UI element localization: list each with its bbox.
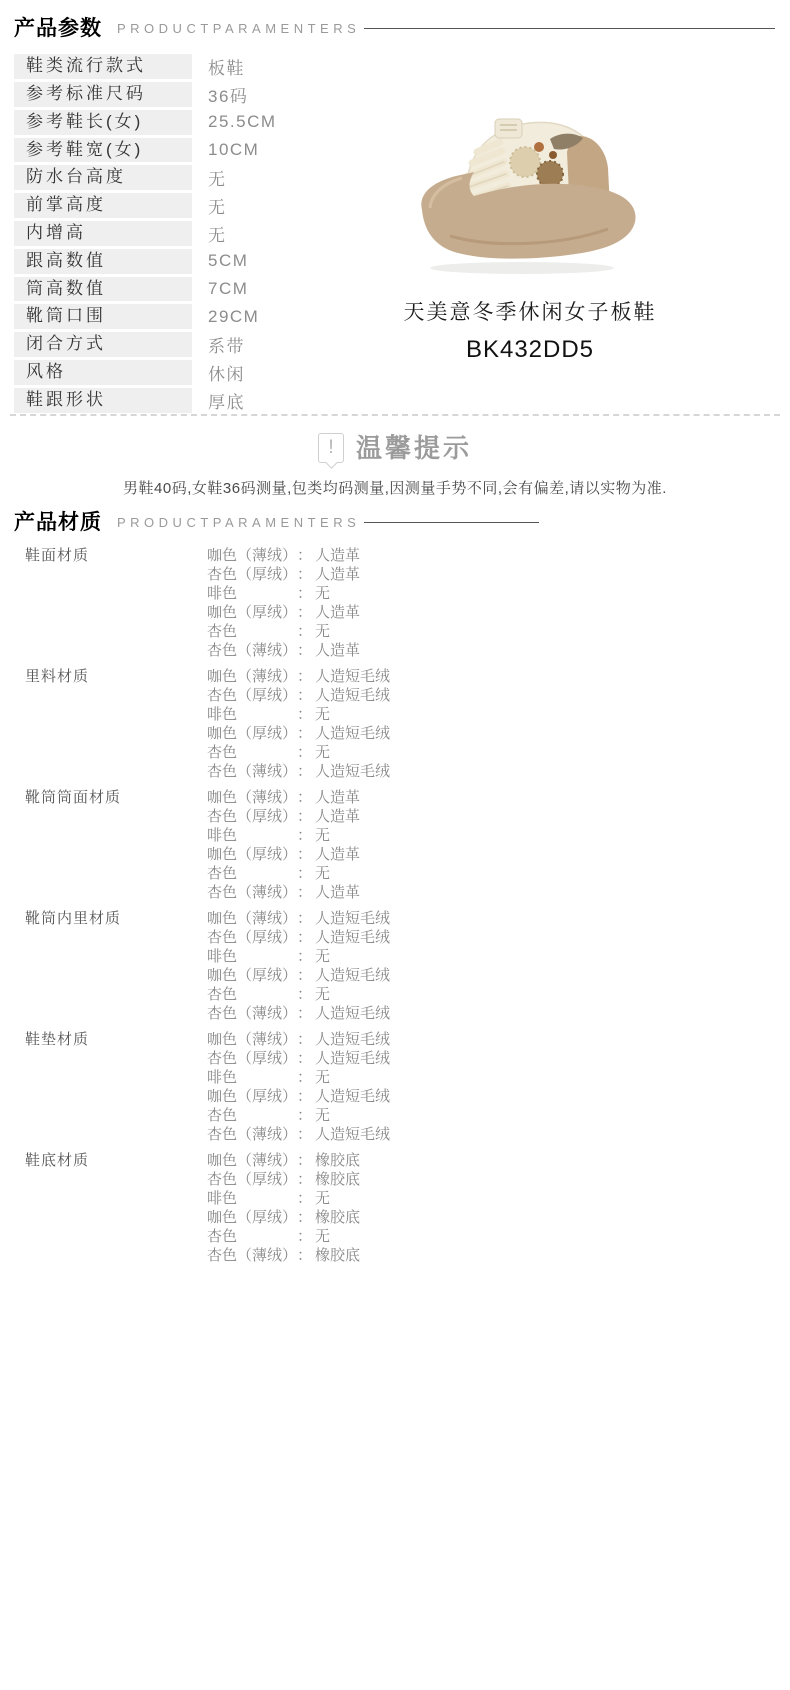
material-line: 咖色（厚绒）：人造短毛绒 xyxy=(207,724,390,743)
material-block: 鞋垫材质 咖色（薄绒）：人造短毛绒 杏色（厚绒）：人造短毛绒 啡色：无 咖色（厚… xyxy=(25,1030,790,1144)
material-value: 无 xyxy=(315,744,330,761)
material-value: 人造短毛绒 xyxy=(315,1031,390,1048)
material-separator: ： xyxy=(297,1050,312,1067)
material-separator: ： xyxy=(297,1171,312,1188)
section-title: 产品参数 xyxy=(14,12,102,42)
material-line: 杏色：无 xyxy=(207,985,390,1004)
product-materials-header: 产品材质 PRODUCTPARAMENTERS xyxy=(0,498,790,540)
material-separator: ： xyxy=(297,865,312,882)
param-label: 鞋类流行款式 xyxy=(14,54,192,79)
material-separator: ： xyxy=(297,1031,312,1048)
param-label: 风格 xyxy=(14,360,192,385)
material-separator: ： xyxy=(297,1069,312,1086)
param-row: 鞋跟形状 厚底 xyxy=(14,388,790,413)
param-value: 29CM xyxy=(192,307,259,327)
material-color-name: 咖色（厚绒） xyxy=(207,603,297,622)
section-title: 产品材质 xyxy=(14,506,102,536)
material-line: 杏色（厚绒）：橡胶底 xyxy=(207,1170,360,1189)
material-value: 人造短毛绒 xyxy=(315,687,390,704)
param-label: 跟高数值 xyxy=(14,249,192,274)
material-color-name: 杏色 xyxy=(207,622,297,641)
material-value: 人造革 xyxy=(315,884,360,901)
material-separator: ： xyxy=(297,1247,312,1264)
material-separator: ： xyxy=(297,725,312,742)
material-lines: 咖色（薄绒）：人造革 杏色（厚绒）：人造革 啡色：无 咖色（厚绒）：人造革 杏色… xyxy=(207,546,360,660)
material-color-name: 啡色 xyxy=(207,1189,297,1208)
material-value: 人造短毛绒 xyxy=(315,929,390,946)
material-value: 人造短毛绒 xyxy=(315,1088,390,1105)
tip-header: ! 温馨提示 xyxy=(0,428,790,465)
param-label: 参考鞋长(女) xyxy=(14,110,192,135)
material-value: 人造短毛绒 xyxy=(315,1005,390,1022)
material-line: 杏色（厚绒）：人造革 xyxy=(207,565,360,584)
material-line: 咖色（薄绒）：人造短毛绒 xyxy=(207,667,390,686)
material-color-name: 咖色（薄绒） xyxy=(207,546,297,565)
material-value: 橡胶底 xyxy=(315,1152,360,1169)
material-separator: ： xyxy=(297,808,312,825)
material-color-name: 杏色（厚绒） xyxy=(207,686,297,705)
material-color-name: 啡色 xyxy=(207,1068,297,1087)
exclamation-mark: ! xyxy=(319,434,343,462)
material-value: 无 xyxy=(315,827,330,844)
material-label: 鞋垫材质 xyxy=(25,1030,207,1144)
material-line: 啡色：无 xyxy=(207,826,360,845)
material-value: 无 xyxy=(315,986,330,1003)
material-separator: ： xyxy=(297,642,312,659)
material-line: 咖色（厚绒）：人造革 xyxy=(207,845,360,864)
material-line: 杏色（厚绒）：人造短毛绒 xyxy=(207,686,390,705)
param-value: 板鞋 xyxy=(192,54,245,79)
material-color-name: 杏色（薄绒） xyxy=(207,1246,297,1265)
material-separator: ： xyxy=(297,687,312,704)
material-value: 无 xyxy=(315,706,330,723)
material-label: 靴筒筒面材质 xyxy=(25,788,207,902)
param-label: 参考鞋宽(女) xyxy=(14,138,192,163)
material-value: 无 xyxy=(315,1107,330,1124)
material-color-name: 咖色（厚绒） xyxy=(207,1087,297,1106)
tip-title: 温馨提示 xyxy=(356,428,472,465)
material-separator: ： xyxy=(297,566,312,583)
tip-text: 男鞋40码,女鞋36码测量,包类均码测量,因测量手势不同,会有偏差,请以实物为准… xyxy=(0,477,790,498)
parameters-section: 鞋类流行款式 板鞋 参考标准尺码 36码 参考鞋长(女) 25.5CM 参考鞋宽… xyxy=(0,54,790,414)
material-separator: ： xyxy=(297,986,312,1003)
material-block: 里料材质 咖色（薄绒）：人造短毛绒 杏色（厚绒）：人造短毛绒 啡色：无 咖色（厚… xyxy=(25,667,790,781)
product-model-code: BK432DD5 xyxy=(330,336,730,364)
material-line: 杏色：无 xyxy=(207,864,360,883)
material-value: 人造革 xyxy=(315,604,360,621)
material-value: 人造革 xyxy=(315,566,360,583)
material-separator: ： xyxy=(297,1190,312,1207)
material-line: 杏色（薄绒）：人造短毛绒 xyxy=(207,1004,390,1023)
material-value: 无 xyxy=(315,623,330,640)
material-separator: ： xyxy=(297,1107,312,1124)
material-lines: 咖色（薄绒）：人造短毛绒 杏色（厚绒）：人造短毛绒 啡色：无 咖色（厚绒）：人造… xyxy=(207,1030,390,1144)
param-value: 厚底 xyxy=(192,388,245,413)
material-block: 靴筒内里材质 咖色（薄绒）：人造短毛绒 杏色（厚绒）：人造短毛绒 啡色：无 咖色… xyxy=(25,909,790,1023)
param-value: 无 xyxy=(192,165,227,190)
material-value: 人造革 xyxy=(315,846,360,863)
material-separator: ： xyxy=(297,763,312,780)
material-color-name: 咖色（薄绒） xyxy=(207,667,297,686)
material-value: 橡胶底 xyxy=(315,1247,360,1264)
material-separator: ： xyxy=(297,1228,312,1245)
material-block: 鞋底材质 咖色（薄绒）：橡胶底 杏色（厚绒）：橡胶底 啡色：无 咖色（厚绒）：橡… xyxy=(25,1151,790,1265)
material-color-name: 杏色（薄绒） xyxy=(207,1004,297,1023)
material-color-name: 啡色 xyxy=(207,947,297,966)
material-separator: ： xyxy=(297,1209,312,1226)
material-color-name: 咖色（薄绒） xyxy=(207,1030,297,1049)
header-rule xyxy=(364,522,539,523)
material-value: 无 xyxy=(315,948,330,965)
material-value: 人造短毛绒 xyxy=(315,668,390,685)
material-color-name: 杏色（薄绒） xyxy=(207,1125,297,1144)
material-color-name: 杏色（厚绒） xyxy=(207,928,297,947)
material-color-name: 杏色 xyxy=(207,864,297,883)
material-block: 鞋面材质 咖色（薄绒）：人造革 杏色（厚绒）：人造革 啡色：无 咖色（厚绒）：人… xyxy=(25,546,790,660)
material-line: 咖色（厚绒）：橡胶底 xyxy=(207,1208,360,1227)
material-value: 橡胶底 xyxy=(315,1209,360,1226)
param-label: 参考标准尺码 xyxy=(14,82,192,107)
material-line: 杏色（薄绒）：人造革 xyxy=(207,641,360,660)
product-showcase: 天美意冬季休闲女子板鞋 BK432DD5 xyxy=(330,54,730,364)
material-lines: 咖色（薄绒）：人造短毛绒 杏色（厚绒）：人造短毛绒 啡色：无 咖色（厚绒）：人造… xyxy=(207,909,390,1023)
material-line: 杏色（薄绒）：人造短毛绒 xyxy=(207,1125,390,1144)
material-color-name: 杏色（厚绒） xyxy=(207,1049,297,1068)
material-color-name: 杏色（薄绒） xyxy=(207,883,297,902)
material-value: 人造革 xyxy=(315,642,360,659)
material-color-name: 啡色 xyxy=(207,826,297,845)
material-value: 无 xyxy=(315,1228,330,1245)
material-line: 杏色（厚绒）：人造短毛绒 xyxy=(207,928,390,947)
material-line: 咖色（厚绒）：人造革 xyxy=(207,603,360,622)
material-value: 人造革 xyxy=(315,808,360,825)
section-subtitle: PRODUCTPARAMENTERS xyxy=(117,515,360,530)
material-separator: ： xyxy=(297,1152,312,1169)
param-label: 闭合方式 xyxy=(14,332,192,357)
material-separator: ： xyxy=(297,585,312,602)
param-label: 防水台高度 xyxy=(14,165,192,190)
param-value: 25.5CM xyxy=(192,112,277,132)
material-color-name: 咖色（厚绒） xyxy=(207,966,297,985)
material-value: 无 xyxy=(315,585,330,602)
material-line: 咖色（厚绒）：人造短毛绒 xyxy=(207,1087,390,1106)
exclamation-bubble-icon: ! xyxy=(318,433,344,463)
param-label: 靴筒口围 xyxy=(14,304,192,329)
material-line: 啡色：无 xyxy=(207,584,360,603)
material-separator: ： xyxy=(297,910,312,927)
product-shoe-image xyxy=(410,110,650,280)
material-lines: 咖色（薄绒）：人造革 杏色（厚绒）：人造革 啡色：无 咖色（厚绒）：人造革 杏色… xyxy=(207,788,360,902)
material-line: 咖色（厚绒）：人造短毛绒 xyxy=(207,966,390,985)
material-separator: ： xyxy=(297,827,312,844)
material-color-name: 啡色 xyxy=(207,584,297,603)
material-separator: ： xyxy=(297,547,312,564)
material-line: 啡色：无 xyxy=(207,705,390,724)
material-value: 人造短毛绒 xyxy=(315,910,390,927)
material-line: 咖色（薄绒）：人造革 xyxy=(207,546,360,565)
material-color-name: 杏色（厚绒） xyxy=(207,1170,297,1189)
material-color-name: 咖色（薄绒） xyxy=(207,1151,297,1170)
material-separator: ： xyxy=(297,706,312,723)
material-color-name: 啡色 xyxy=(207,705,297,724)
material-value: 无 xyxy=(315,1069,330,1086)
material-line: 啡色：无 xyxy=(207,947,390,966)
material-value: 无 xyxy=(315,1190,330,1207)
material-line: 杏色：无 xyxy=(207,622,360,641)
material-value: 人造革 xyxy=(315,547,360,564)
material-color-name: 咖色（厚绒） xyxy=(207,1208,297,1227)
material-value: 人造短毛绒 xyxy=(315,725,390,742)
param-label: 前掌高度 xyxy=(14,193,192,218)
material-line: 咖色（薄绒）：人造革 xyxy=(207,788,360,807)
param-value: 5CM xyxy=(192,251,248,271)
material-line: 杏色：无 xyxy=(207,1106,390,1125)
material-value: 无 xyxy=(315,865,330,882)
material-line: 杏色：无 xyxy=(207,1227,360,1246)
material-color-name: 杏色（薄绒） xyxy=(207,762,297,781)
material-color-name: 杏色 xyxy=(207,985,297,1004)
material-value: 人造革 xyxy=(315,789,360,806)
material-color-name: 杏色 xyxy=(207,743,297,762)
material-lines: 咖色（薄绒）：人造短毛绒 杏色（厚绒）：人造短毛绒 啡色：无 咖色（厚绒）：人造… xyxy=(207,667,390,781)
material-line: 杏色：无 xyxy=(207,743,390,762)
param-value: 系带 xyxy=(192,332,245,357)
material-color-name: 杏色（厚绒） xyxy=(207,807,297,826)
tip-section: ! 温馨提示 男鞋40码,女鞋36码测量,包类均码测量,因测量手势不同,会有偏差… xyxy=(0,416,790,498)
material-color-name: 咖色（薄绒） xyxy=(207,909,297,928)
material-separator: ： xyxy=(297,1005,312,1022)
header-rule xyxy=(364,28,775,29)
material-value: 人造短毛绒 xyxy=(315,1050,390,1067)
material-separator: ： xyxy=(297,604,312,621)
section-subtitle: PRODUCTPARAMENTERS xyxy=(117,21,360,36)
param-value: 7CM xyxy=(192,279,248,299)
material-label: 里料材质 xyxy=(25,667,207,781)
material-line: 杏色（薄绒）：人造短毛绒 xyxy=(207,762,390,781)
material-line: 杏色（薄绒）：人造革 xyxy=(207,883,360,902)
material-lines: 咖色（薄绒）：橡胶底 杏色（厚绒）：橡胶底 啡色：无 咖色（厚绒）：橡胶底 杏色… xyxy=(207,1151,360,1265)
material-separator: ： xyxy=(297,1126,312,1143)
product-title: 天美意冬季休闲女子板鞋 xyxy=(330,296,730,326)
param-value: 36码 xyxy=(192,82,248,107)
material-separator: ： xyxy=(297,668,312,685)
material-color-name: 咖色（厚绒） xyxy=(207,724,297,743)
material-label: 靴筒内里材质 xyxy=(25,909,207,1023)
material-color-name: 杏色（薄绒） xyxy=(207,641,297,660)
material-value: 人造短毛绒 xyxy=(315,1126,390,1143)
material-line: 啡色：无 xyxy=(207,1068,390,1087)
param-label: 鞋跟形状 xyxy=(14,388,192,413)
material-separator: ： xyxy=(297,1088,312,1105)
param-value: 无 xyxy=(192,221,227,246)
material-separator: ： xyxy=(297,846,312,863)
material-label: 鞋底材质 xyxy=(25,1151,207,1265)
material-separator: ： xyxy=(297,948,312,965)
material-color-name: 咖色（薄绒） xyxy=(207,788,297,807)
materials-list: 鞋面材质 咖色（薄绒）：人造革 杏色（厚绒）：人造革 啡色：无 咖色（厚绒）：人… xyxy=(0,546,790,1265)
material-value: 人造短毛绒 xyxy=(315,763,390,780)
material-label: 鞋面材质 xyxy=(25,546,207,660)
material-separator: ： xyxy=(297,929,312,946)
material-line: 咖色（薄绒）：人造短毛绒 xyxy=(207,909,390,928)
material-value: 人造短毛绒 xyxy=(315,967,390,984)
param-label: 筒高数值 xyxy=(14,277,192,302)
material-color-name: 咖色（厚绒） xyxy=(207,845,297,864)
material-block: 靴筒筒面材质 咖色（薄绒）：人造革 杏色（厚绒）：人造革 啡色：无 咖色（厚绒）… xyxy=(25,788,790,902)
product-parameters-header: 产品参数 PRODUCTPARAMENTERS xyxy=(0,0,790,46)
material-line: 啡色：无 xyxy=(207,1189,360,1208)
material-value: 橡胶底 xyxy=(315,1171,360,1188)
material-color-name: 杏色 xyxy=(207,1106,297,1125)
material-line: 杏色（厚绒）：人造革 xyxy=(207,807,360,826)
material-separator: ： xyxy=(297,967,312,984)
material-separator: ： xyxy=(297,789,312,806)
material-color-name: 杏色 xyxy=(207,1227,297,1246)
material-line: 咖色（薄绒）：橡胶底 xyxy=(207,1151,360,1170)
param-value: 10CM xyxy=(192,140,259,160)
material-separator: ： xyxy=(297,744,312,761)
material-separator: ： xyxy=(297,884,312,901)
material-separator: ： xyxy=(297,623,312,640)
material-line: 咖色（薄绒）：人造短毛绒 xyxy=(207,1030,390,1049)
param-value: 无 xyxy=(192,193,227,218)
material-color-name: 杏色（厚绒） xyxy=(207,565,297,584)
param-label: 内增高 xyxy=(14,221,192,246)
material-line: 杏色（薄绒）：橡胶底 xyxy=(207,1246,360,1265)
param-value: 休闲 xyxy=(192,360,245,385)
material-line: 杏色（厚绒）：人造短毛绒 xyxy=(207,1049,390,1068)
